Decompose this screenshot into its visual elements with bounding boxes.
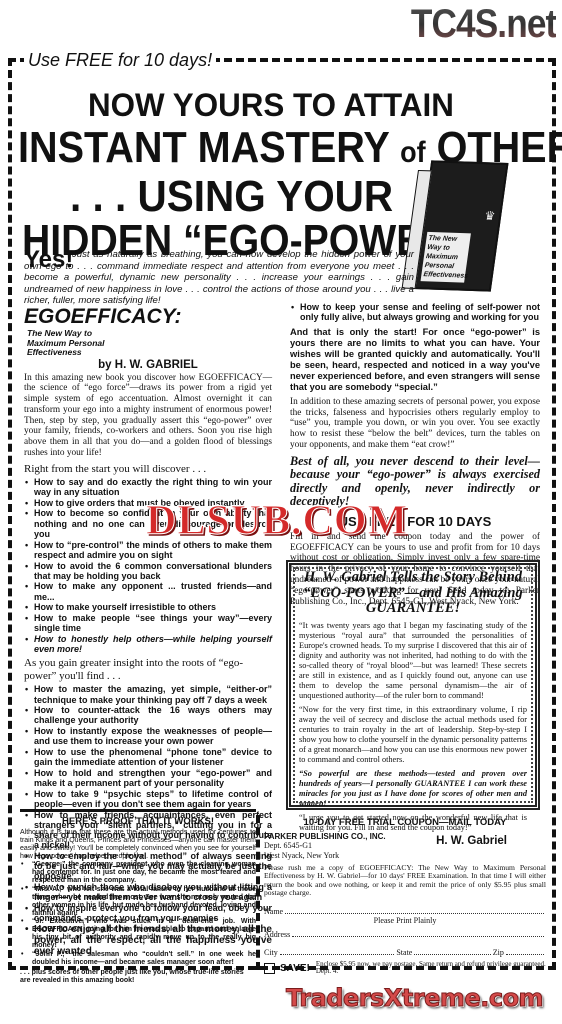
proof-list: “George,” the company president who even… xyxy=(20,861,256,967)
save-checkbox[interactable] xyxy=(264,963,275,974)
proof-intro: Although it is true that these are the a… xyxy=(20,829,256,861)
guarantee-heading: H. W. Gabriel Tells the Story Behind “EG… xyxy=(299,570,527,617)
proof-heading: HERE'S PROOF THAT IT WORKS! xyxy=(20,816,256,827)
publisher-name: PARKER PUBLISHING CO., INC. xyxy=(264,832,546,841)
book-title: EGOEFFICACY: xyxy=(24,305,182,329)
save-option[interactable]: SAVE! Enclose $5.95 now, we pay postage.… xyxy=(264,961,546,976)
publisher-dept: Dept. 6545-G1 xyxy=(264,841,546,851)
headline-line-2-main: INSTANT MASTERY xyxy=(18,123,400,172)
intro-paragraph: In this amazing new book you discover ho… xyxy=(24,373,272,459)
state-input-line[interactable] xyxy=(414,948,490,955)
proof-tail: . . . plus scores of other people just l… xyxy=(20,969,256,985)
proof-section: HERE'S PROOF THAT IT WORKS! Although it … xyxy=(20,816,256,985)
order-coupon[interactable]: 10-DAY FREE TRIAL COUPON—MAIL TODAY PARK… xyxy=(264,817,546,976)
list-item: How to make people “see things your way”… xyxy=(24,613,272,633)
zip-label: Zip xyxy=(493,948,504,957)
list-item: “Jr. Executive,” who was stuck in a “dea… xyxy=(20,918,256,950)
book-title-row: EGOEFFICACY:The New Way to Maximum Perso… xyxy=(24,305,272,358)
tricks-paragraph: In addition to these amazing secrets of … xyxy=(290,397,540,451)
proof-divider xyxy=(20,809,256,812)
list-item: How to master the amazing, yet simple, “… xyxy=(24,684,272,704)
free-tag: Use FREE for 10 days! xyxy=(24,50,216,71)
city-state-zip-row[interactable]: City State Zip xyxy=(264,948,546,957)
coupon-heading: 10-DAY FREE TRIAL COUPON—MAIL TODAY xyxy=(264,817,546,828)
save-label: SAVE! xyxy=(280,963,310,974)
state-label: State xyxy=(396,948,412,957)
headline-line-1: NOW YOURS TO ATTAIN xyxy=(88,87,454,124)
address-input-line[interactable] xyxy=(292,930,544,937)
name-input-line[interactable] xyxy=(285,907,544,914)
address-field[interactable]: Address xyxy=(264,930,546,939)
name-field[interactable]: Name xyxy=(264,907,546,916)
intro-text: Just as naturally as breathing, you can … xyxy=(24,249,414,307)
list-item: “John P.,” the salesman who “couldn't se… xyxy=(20,951,256,967)
watermark-middle: DLSUB.COM xyxy=(146,497,408,545)
watermark-bottom: TradersXtreme.com xyxy=(286,984,543,1012)
list-item: How to hold and strengthen your “ego-pow… xyxy=(24,768,272,788)
zip-input-line[interactable] xyxy=(506,948,544,955)
print-plainly-note: Please Print Plainly xyxy=(264,916,546,925)
book-cover-label: The New Way to Maximum Personal Effectiv… xyxy=(421,232,471,283)
list-item: How to avoid the 6 common conversational… xyxy=(24,561,272,581)
list-item: How to make yourself irresistible to oth… xyxy=(24,602,272,612)
crown-icon: ♛ xyxy=(483,209,496,224)
list-item: How to say and do exactly the right thin… xyxy=(24,477,272,497)
name-label: Name xyxy=(264,907,283,916)
list-item: How to honestly help others—while helpin… xyxy=(24,634,272,654)
list-item: How to keep your sense and feeling of se… xyxy=(290,302,540,322)
list-item: “George,” the company president who even… xyxy=(20,861,256,885)
address-label: Address xyxy=(264,930,290,939)
list-item: How to instantly expose the weaknesses o… xyxy=(24,726,272,746)
guarantee-paragraph: “So powerful are these methods—tested an… xyxy=(299,769,527,809)
list-item: How to take 9 “psychic steps” to lifetim… xyxy=(24,789,272,809)
discover-lead: Right from the start you will discover .… xyxy=(24,463,272,476)
list-item: How to use the phenomenal “phone tone” d… xyxy=(24,747,272,767)
headline-line-2-of: of xyxy=(400,136,425,169)
coupon-request-text: Please rush me a copy of EGOEFFICACY: Th… xyxy=(264,864,546,898)
watermark-top: TC4S.net xyxy=(410,2,556,47)
list-item: How to make any opponent ... trusted fri… xyxy=(24,581,272,601)
right-top-list: How to keep your sense and feeling of se… xyxy=(290,302,540,322)
headline-line-3: . . . USING YOUR xyxy=(70,172,393,222)
book-subtitle: The New Way to Maximum Personal Effectiv… xyxy=(27,329,127,358)
city-input-line[interactable] xyxy=(280,948,395,955)
guarantee-box: H. W. Gabriel Tells the Story Behind “EG… xyxy=(286,560,540,810)
list-item: How to counter-attack the 16 ways others… xyxy=(24,705,272,725)
list-item: “Mrs. A.,” who felt she was a total fail… xyxy=(20,886,256,918)
guarantee-paragraph: “Now for the very first time, in this ex… xyxy=(299,705,527,765)
save-note: Enclose $5.95 now, we pay postage. Same … xyxy=(316,961,546,976)
publisher-city: West Nyack, New York xyxy=(264,851,546,861)
city-label: City xyxy=(264,948,278,957)
only-the-start-paragraph: And that is only the start! For once “eg… xyxy=(290,327,540,392)
guarantee-paragraph: “It was twenty years ago that I began my… xyxy=(299,621,527,701)
insight-lead: As you gain greater insight into the roo… xyxy=(24,657,272,683)
author-byline: by H. W. GABRIEL xyxy=(24,359,272,371)
